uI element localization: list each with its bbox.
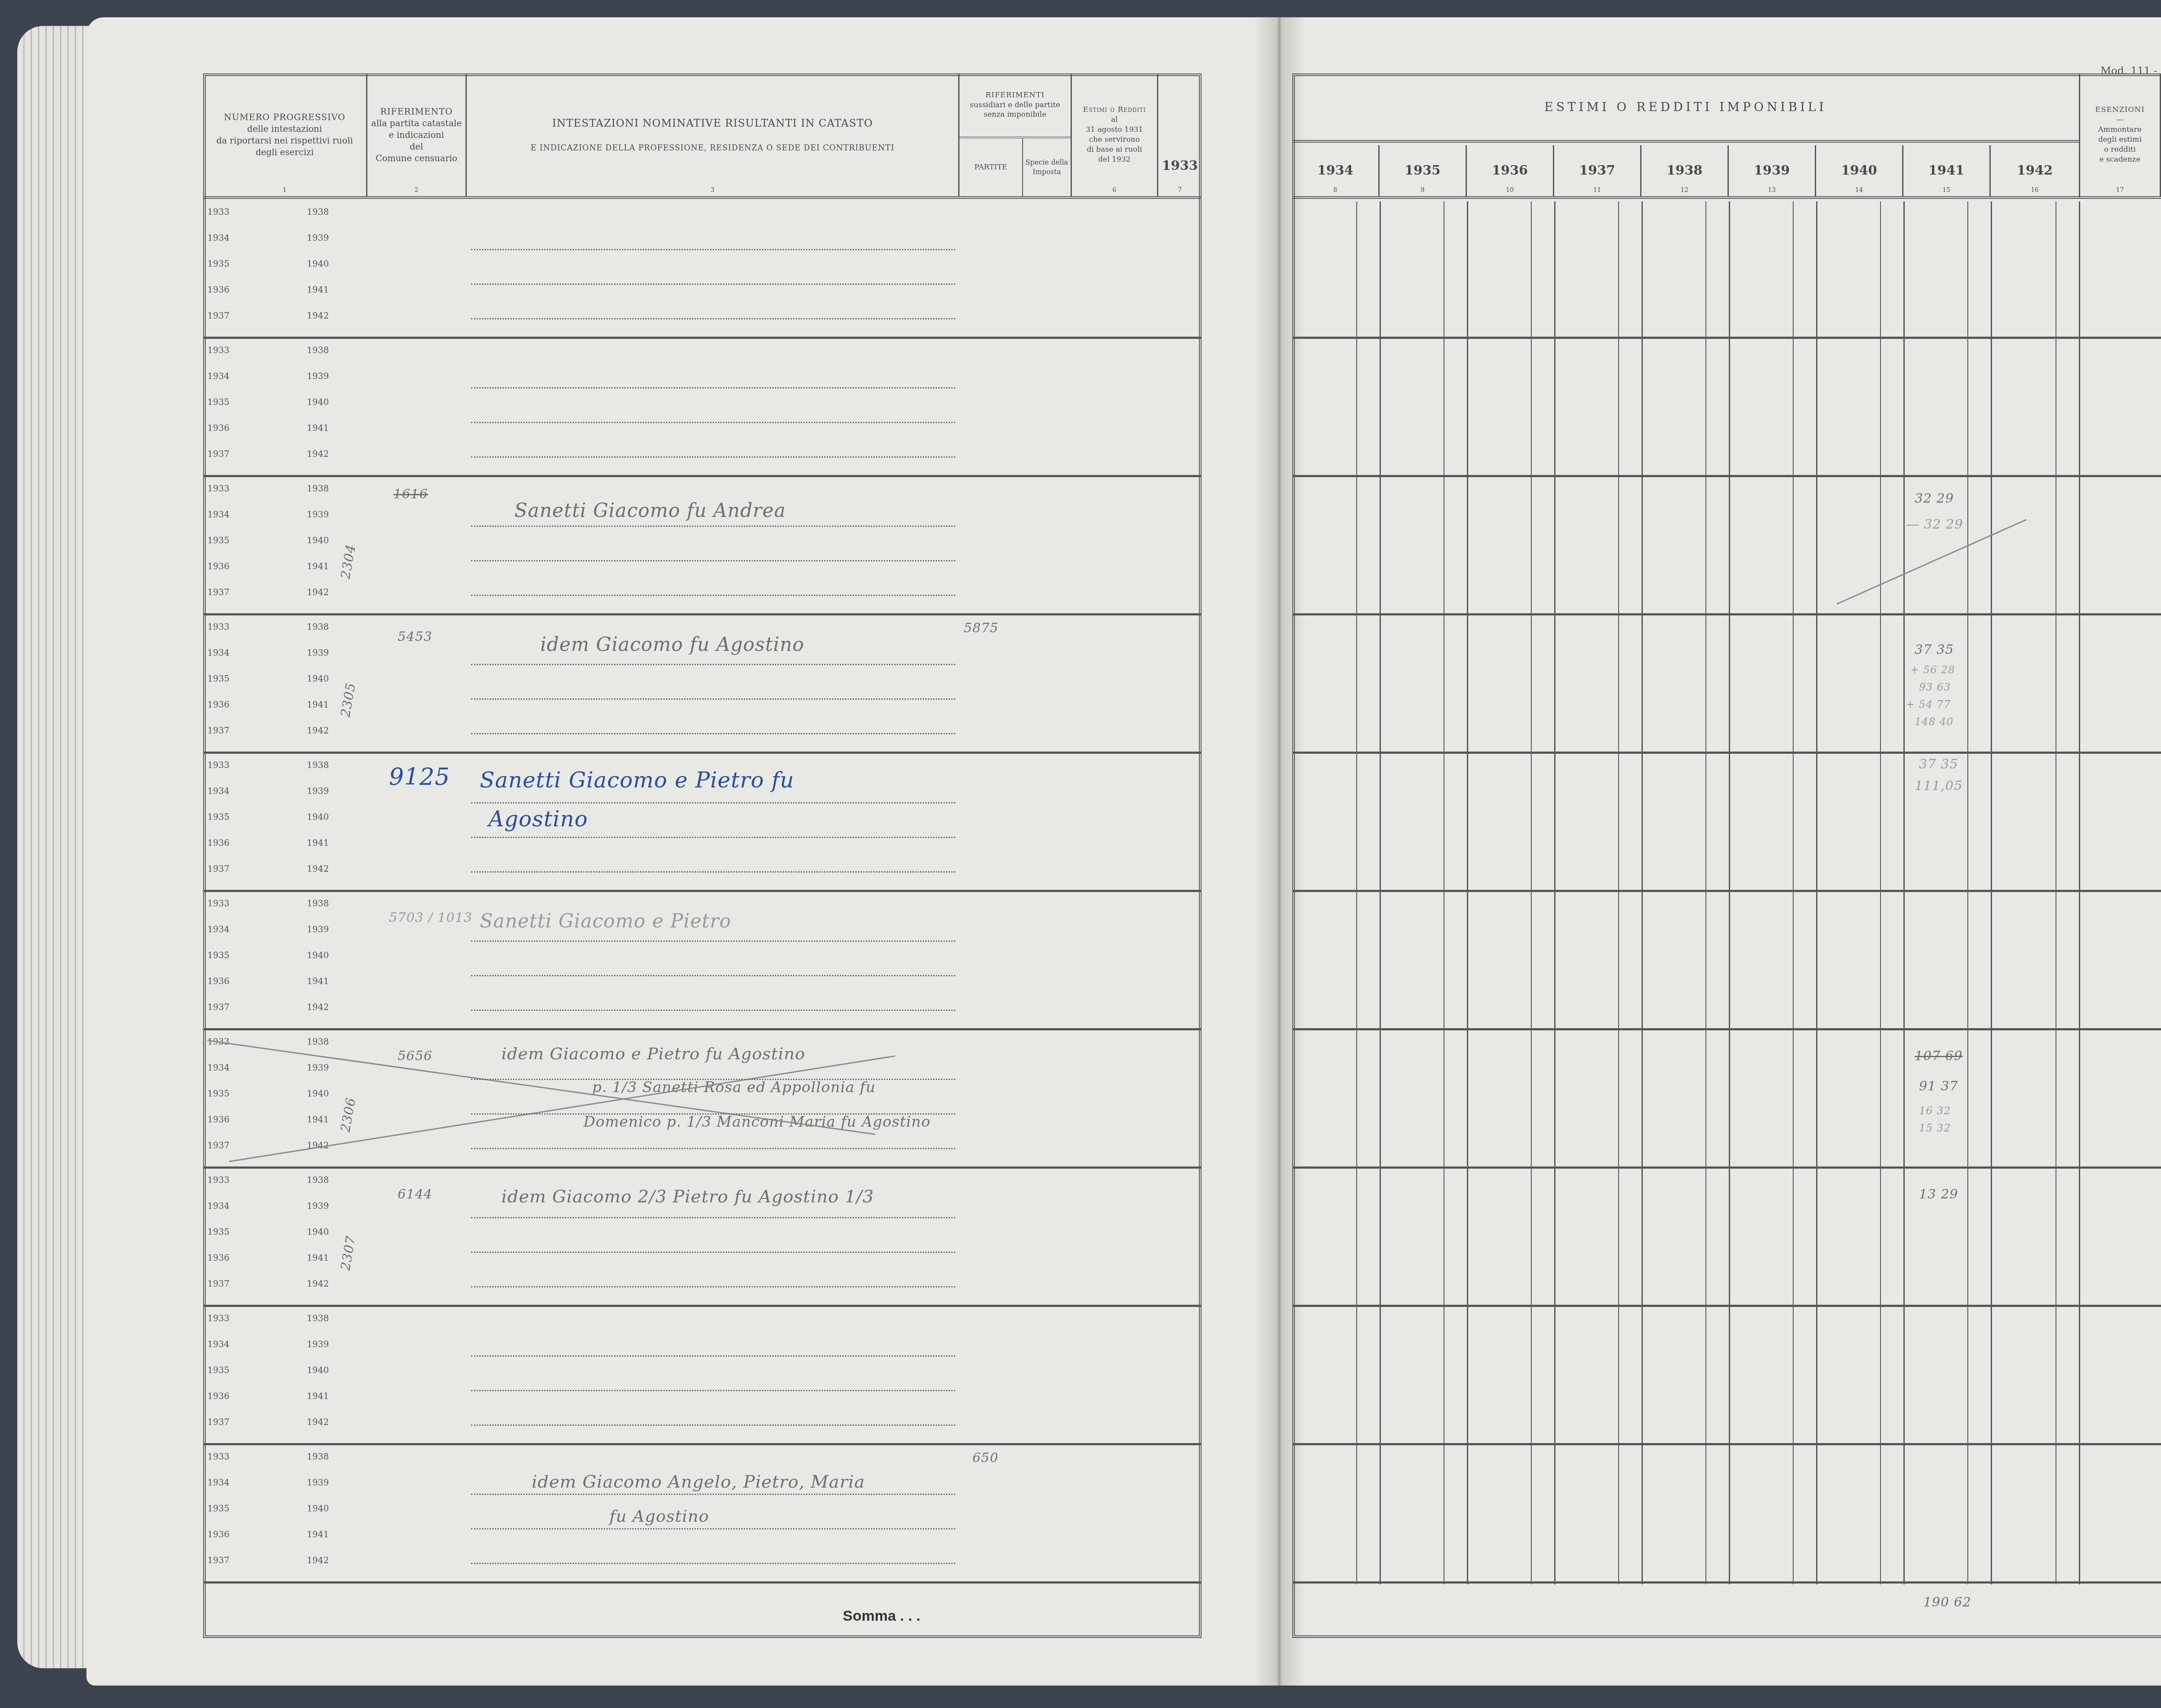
dotted-rule: [471, 698, 955, 700]
ledger-entry: 1933 1934 1935 1936 1937 1938 1939 1940 …: [203, 1446, 1202, 1584]
header-col45-sub: PARTITE Specie della Imposta: [959, 138, 1071, 196]
amount-entry: [1292, 1446, 2161, 1584]
year-label: 1938: [307, 898, 329, 908]
header-col-num: 14: [1855, 186, 1863, 194]
header-year-label: 1933: [1162, 157, 1198, 175]
header-year-label: 1940: [1841, 162, 1877, 180]
year-label: 1938: [307, 621, 329, 632]
partita-number: 5703 / 1013: [389, 910, 472, 925]
year-label: 1939: [307, 1339, 329, 1349]
dotted-rule: [471, 560, 955, 561]
ledger-entry: 1933 1934 1935 1936 1937 1938 1939 1940 …: [203, 1308, 1202, 1445]
header-col-num: 12: [1681, 186, 1689, 194]
header-col-num: 16: [2031, 186, 2039, 194]
header-year-1940: 194014: [1816, 145, 1903, 196]
amount-entry: [1292, 1308, 2161, 1445]
calc-line: 15 32: [1919, 1122, 1951, 1134]
header-esenzioni-dash: —: [2116, 115, 2124, 125]
year-label: 1939: [307, 371, 329, 381]
intestazione-name: Sanetti Giacomo e Pietro fu: [480, 768, 794, 793]
year-label: 1939: [307, 647, 329, 658]
year-label: 1938: [307, 1451, 329, 1462]
header-col45-line: senza imponibile: [959, 110, 1071, 120]
dotted-rule: [471, 1010, 955, 1011]
header-partite: PARTITE: [959, 138, 1023, 196]
year-label: 1936: [207, 1529, 229, 1539]
year-label: 1941: [307, 1252, 329, 1263]
year-label: 1934: [207, 647, 229, 658]
header-col1-line: da riportarsi nei rispettivi ruoli: [216, 135, 353, 147]
year-label: 1934: [207, 1062, 229, 1073]
year-label: 1939: [307, 233, 329, 243]
intestazione-name: idem Giacomo Angelo, Pietro, Maria: [532, 1472, 865, 1492]
header-year-label: 1941: [1928, 162, 1965, 180]
header-intestazioni: INTESTAZIONI NOMINATIVE RISULTANTI IN CA…: [467, 73, 959, 196]
year-label: 1940: [307, 1365, 329, 1375]
header-col6-line: che servirono: [1089, 135, 1140, 145]
partita-number: 5656: [398, 1048, 432, 1064]
amount-entry: 107 69 91 37 16 32 15 32: [1292, 1031, 2161, 1169]
year-label: 1938: [307, 207, 329, 217]
header-year-1939: 193913: [1729, 145, 1816, 196]
ledger-entry: 1933 1934 1935 1936 1937 1938 1939 1940 …: [203, 478, 1202, 615]
calc-line: 37 35: [1919, 757, 1958, 772]
intestazione-name: idem Giacomo fu Agostino: [540, 634, 804, 656]
year-label: 1933: [207, 483, 229, 494]
dotted-rule: [471, 802, 955, 803]
year-label: 1940: [307, 1088, 329, 1099]
year-label: 1933: [207, 345, 229, 355]
year-label: 1934: [207, 509, 229, 519]
year-label: 1941: [307, 976, 329, 986]
year-label: 1935: [207, 1503, 229, 1514]
year-label: 1935: [207, 673, 229, 684]
header-col6-num: 6: [1112, 186, 1116, 194]
year-label: 1934: [207, 786, 229, 796]
year-label: 1939: [307, 1062, 329, 1073]
calc-line: 111,05: [1915, 778, 1963, 793]
year-label: 1942: [307, 1555, 329, 1565]
year-label: 1934: [207, 233, 229, 243]
amount-entry: 37 35 + 56 28 93 63 + 54 77 148 40 352: [1292, 616, 2161, 754]
ref-margin-number: 2304: [338, 543, 359, 580]
header-col2-title: RIFERIMENTO: [380, 106, 453, 118]
year-label: 1941: [307, 284, 329, 295]
year-label: 1938: [307, 760, 329, 770]
dotted-rule: [471, 387, 955, 389]
year-label: 1938: [307, 345, 329, 355]
amount-entry: [1292, 893, 2161, 1030]
partita-number: 5453: [398, 629, 432, 644]
estimi-header: ESTIMI O REDDITI IMPONIBILI 19348 19359 …: [1292, 73, 2079, 199]
dotted-rule: [471, 1355, 955, 1357]
year-label: 1942: [307, 864, 329, 874]
intestazione-name: Sanetti Giacomo fu Andrea: [514, 500, 786, 522]
year-label: 1939: [307, 1201, 329, 1211]
riferimenti-partita: 5875: [964, 621, 998, 636]
dotted-rule: [471, 837, 955, 838]
somma-total-1941: 190 62: [1923, 1595, 1971, 1610]
header-year-1941: 194115: [1903, 145, 1991, 196]
year-label: 1939: [307, 924, 329, 934]
dotted-rule: [471, 526, 955, 527]
year-label: 1933: [207, 1313, 229, 1323]
year-label: 1935: [207, 397, 229, 407]
year-label: 1936: [207, 423, 229, 433]
year-label: 1937: [207, 1002, 229, 1012]
header-col-num: 11: [1594, 186, 1601, 194]
header-col2-line: Comune censuario: [376, 153, 457, 164]
dotted-rule: [471, 871, 955, 873]
header-year-label: 1939: [1754, 162, 1790, 180]
year-label: 1941: [307, 838, 329, 848]
header-year-1942: 194216: [1991, 145, 2079, 196]
right-entries: 32 29 — 32 29 37 35 + 56 28 93 63 + 54 7…: [1292, 201, 2161, 1584]
year-label: 1940: [307, 535, 329, 545]
header-col45-line: sussidiari e delle partite: [959, 100, 1071, 110]
dotted-rule: [471, 664, 955, 665]
year-label: 1935: [207, 1365, 229, 1375]
ledger-entry: 1933 1934 1935 1936 1937 1938 1939 1940 …: [203, 201, 1202, 339]
year-label: 1937: [207, 864, 229, 874]
dotted-rule: [471, 1113, 955, 1115]
dotted-rule: [471, 940, 955, 942]
header-col2-line: e indicazioni: [389, 129, 444, 141]
ref-margin-number: 2307: [338, 1235, 359, 1271]
year-label: 1940: [307, 1227, 329, 1237]
year-label: 1933: [207, 760, 229, 770]
calc-line: 16 32: [1919, 1105, 1951, 1117]
intestazione-name-line2: Agostino: [488, 806, 588, 832]
header-col-num: 8: [1333, 186, 1337, 194]
amount-1941-correction: — 32 29: [1906, 517, 1963, 532]
year-label: 1937: [207, 587, 229, 597]
year-label: 1942: [307, 725, 329, 736]
header-esenzioni-line: e scadenze: [2100, 155, 2141, 165]
ledger-entry: 1933 1934 1935 1936 1937 1938 1939 1940 …: [203, 1169, 1202, 1307]
ledger-entry: 1933 1934 1935 1936 1937 1938 1939 1940 …: [203, 755, 1202, 892]
intestazione-name: idem Giacomo 2/3 Pietro fu Agostino 1/3: [501, 1187, 874, 1207]
year-label: 1935: [207, 258, 229, 269]
header-col6-line: del 1932: [1098, 155, 1131, 165]
header-esenzioni-line: degli estimi: [2098, 135, 2142, 145]
partita-number: 1616: [393, 487, 428, 502]
left-ledger: NUMERO PROGRESSIVO delle intestazioni da…: [203, 73, 1202, 1638]
dotted-rule: [471, 1528, 955, 1530]
year-label: 1939: [307, 786, 329, 796]
year-label: 1940: [307, 673, 329, 684]
dotted-rule: [471, 249, 955, 250]
header-year-1933: 1933 7: [1158, 73, 1202, 196]
header-col3-title: INTESTAZIONI NOMINATIVE RISULTANTI IN CA…: [552, 116, 873, 130]
year-header-row: 19348 19359 193610 193711 193812 193913 …: [1292, 145, 2079, 196]
year-label: 1941: [307, 561, 329, 571]
amount-1941: 107 69: [1915, 1048, 1963, 1064]
year-label: 1942: [307, 587, 329, 597]
amount-1941: 13 29: [1919, 1187, 1958, 1202]
dotted-rule: [471, 1148, 955, 1149]
ref-margin-number: 2305: [338, 682, 359, 718]
partita-number: 9125: [389, 763, 450, 790]
dotted-rule: [471, 733, 955, 734]
year-label: 1936: [207, 1114, 229, 1125]
partita-number: 6144: [398, 1187, 432, 1202]
calc-line: 91 37: [1919, 1079, 1958, 1094]
header-year-1936: 193610: [1467, 145, 1554, 196]
ref-margin-number: 2306: [338, 1096, 359, 1133]
header-col6-line: di base ai ruoli: [1087, 145, 1142, 155]
dotted-rule: [471, 595, 955, 596]
year-label: 1940: [307, 397, 329, 407]
year-label: 1936: [207, 699, 229, 710]
amount-entry: 37 35 111,05: [1292, 755, 2161, 892]
year-label: 1942: [307, 1417, 329, 1427]
year-label: 1934: [207, 924, 229, 934]
year-label: 1934: [207, 371, 229, 381]
year-label: 1942: [307, 1002, 329, 1012]
header-year-label: 1942: [2017, 162, 2053, 180]
intestazione-name: Sanetti Giacomo e Pietro: [480, 910, 731, 932]
year-label: 1936: [207, 561, 229, 571]
amount-1941: 37 35: [1915, 642, 1954, 657]
year-label: 1935: [207, 812, 229, 822]
header-col3-num: 3: [711, 186, 714, 194]
dotted-rule: [471, 284, 955, 285]
year-label: 1941: [307, 1529, 329, 1539]
year-label: 1938: [307, 483, 329, 494]
header-col2-line: del: [410, 141, 423, 153]
year-label: 1940: [307, 258, 329, 269]
dotted-rule: [471, 1252, 955, 1253]
dotted-rule: [471, 975, 955, 976]
year-label: 1936: [207, 1252, 229, 1263]
right-ledger: ESTIMI O REDDITI IMPONIBILI 19348 19359 …: [1292, 73, 2161, 1638]
year-label: 1937: [207, 1555, 229, 1565]
amount-entry: [1292, 201, 2161, 339]
ledger-entry: 1933 1934 1935 1936 1937 1938 1939 1940 …: [203, 616, 1202, 754]
dotted-rule: [471, 1390, 955, 1391]
header-year-1935: 19359: [1380, 145, 1467, 196]
header-estimi-1931: Estimi o Redditi al 31 agosto 1931 che s…: [1072, 73, 1158, 196]
header-col6-title: Estimi o Redditi: [1083, 105, 1146, 115]
dotted-rule: [471, 1563, 955, 1564]
amount-entry: 13 29 355: [1292, 1169, 2161, 1307]
amount-entry: 32 29 — 32 29: [1292, 478, 2161, 615]
header-col-num: 15: [1943, 186, 1951, 194]
year-label: 1937: [207, 449, 229, 459]
dotted-rule: [471, 318, 955, 319]
year-label: 1933: [207, 621, 229, 632]
calc-line: + 54 77: [1906, 698, 1951, 711]
header-year-label: 1934: [1317, 162, 1354, 180]
header-col-num: 13: [1768, 186, 1776, 194]
year-label: 1933: [207, 1451, 229, 1462]
year-label: 1934: [207, 1339, 229, 1349]
amount-entry: [1292, 340, 2161, 477]
header-year-label: 1935: [1405, 162, 1441, 180]
estimi-group-title: ESTIMI O REDDITI IMPONIBILI: [1292, 73, 2079, 143]
header-col-num: 10: [1506, 186, 1514, 194]
header-year-label: 1938: [1667, 162, 1703, 180]
calc-line: 148 40: [1915, 716, 1954, 728]
year-label: 1937: [207, 1278, 229, 1289]
intestazione-name: idem Giacomo e Pietro fu Agostino: [501, 1044, 805, 1063]
year-label: 1936: [207, 284, 229, 295]
year-label: 1941: [307, 1391, 329, 1401]
year-label: 1938: [307, 1036, 329, 1047]
year-label: 1936: [207, 1391, 229, 1401]
header-year-1937: 193711: [1554, 145, 1641, 196]
year-label: 1942: [307, 310, 329, 321]
year-label: 1938: [307, 1313, 329, 1323]
year-label: 1940: [307, 950, 329, 960]
dotted-rule: [471, 1424, 955, 1426]
year-label: 1935: [207, 950, 229, 960]
year-label: 1933: [207, 898, 229, 908]
year-label: 1937: [207, 1140, 229, 1150]
year-label: 1935: [207, 535, 229, 545]
ledger-entry: 1933 1934 1935 1936 1937 1938 1939 1940 …: [203, 340, 1202, 477]
header-col2-num: 2: [414, 186, 418, 194]
header-col1-line: degli esercizi: [255, 147, 314, 158]
year-label: 1933: [207, 207, 229, 217]
header-col1-line: delle intestazioni: [247, 123, 322, 135]
dotted-rule: [471, 422, 955, 423]
header-riferimento: RIFERIMENTO alla partita catastale e ind…: [367, 73, 467, 196]
year-label: 1942: [307, 449, 329, 459]
dotted-rule: [471, 1079, 955, 1080]
header-year-1938: 193812: [1641, 145, 1729, 196]
calc-line: 93 63: [1919, 681, 1951, 693]
year-label: 1941: [307, 699, 329, 710]
header-col45-top: RIFERIMENTI sussidiari e delle partite s…: [959, 73, 1071, 138]
intestazione-name-line2: fu Agostino: [609, 1507, 709, 1526]
header-esenzioni-cell: ESENZIONI — Ammontare degli estimi o red…: [2080, 73, 2161, 196]
dotted-rule: [471, 456, 955, 458]
year-label: 1939: [307, 1477, 329, 1488]
header-numero-progressivo: NUMERO PROGRESSIVO delle intestazioni da…: [203, 73, 367, 196]
header-year-1934: 19348: [1292, 145, 1380, 196]
year-label: 1941: [307, 1114, 329, 1125]
header-col7-num: 7: [1178, 186, 1182, 194]
header-riferimenti-sussidiari: RIFERIMENTI sussidiari e delle partite s…: [959, 73, 1072, 196]
year-label: 1934: [207, 1477, 229, 1488]
somma-label: Somma . . .: [843, 1608, 921, 1625]
header-year-label: 1936: [1492, 162, 1528, 180]
year-label: 1936: [207, 838, 229, 848]
ledger-entry: 1933 1934 1935 1936 1937 1938 1939 1940 …: [203, 1031, 1202, 1169]
year-label: 1935: [207, 1227, 229, 1237]
year-label: 1941: [307, 423, 329, 433]
year-label: 1942: [307, 1278, 329, 1289]
left-header-row: NUMERO PROGRESSIVO delle intestazioni da…: [203, 73, 1202, 199]
year-label: 1937: [207, 1417, 229, 1427]
ledger-entry: 1933 1934 1935 1936 1937 1938 1939 1940 …: [203, 893, 1202, 1030]
year-label: 1940: [307, 812, 329, 822]
year-label: 1937: [207, 310, 229, 321]
year-label: 1938: [307, 1175, 329, 1185]
year-label: 1939: [307, 509, 329, 519]
year-label: 1935: [207, 1088, 229, 1099]
calc-line: + 56 28: [1910, 664, 1955, 676]
year-label: 1933: [207, 1175, 229, 1185]
header-col1-num: 1: [283, 186, 287, 194]
dotted-rule: [471, 1286, 955, 1287]
header-esenzioni-line: o redditi: [2104, 145, 2136, 155]
year-label: 1937: [207, 725, 229, 736]
header-esenzioni-line: Ammontare: [2098, 125, 2142, 135]
dotted-rule: [471, 1494, 955, 1495]
year-label: 1936: [207, 976, 229, 986]
header-col45-title: RIFERIMENTI: [959, 90, 1071, 100]
header-specie-imposta: Specie della Imposta: [1023, 138, 1071, 196]
header-col6-line: 31 agosto 1931: [1086, 125, 1143, 135]
intestazione-name-line3: Domenico p. 1/3 Manconi Maria fu Agostin…: [583, 1113, 931, 1131]
riferimenti-partita: 650: [972, 1450, 998, 1466]
header-col2-line: alla partita catastale: [371, 118, 462, 129]
header-col-num: 17: [2116, 186, 2124, 194]
header-esenzioni: ESENZIONI — Ammontare degli estimi o red…: [2079, 73, 2161, 199]
header-col1-title: NUMERO PROGRESSIVO: [224, 112, 345, 123]
header-col6-line: al: [1111, 115, 1118, 125]
year-label: 1934: [207, 1201, 229, 1211]
header-year-label: 1937: [1579, 162, 1616, 180]
header-col-num: 9: [1421, 186, 1425, 194]
dotted-rule: [471, 1217, 955, 1218]
header-esenzioni-title: ESENZIONI: [2095, 105, 2145, 115]
year-label: 1940: [307, 1503, 329, 1514]
strike-through-line: [229, 1055, 895, 1162]
header-col3-subtitle: E INDICAZIONE DELLA PROFESSIONE, RESIDEN…: [531, 143, 895, 153]
amount-1941: 32 29: [1915, 491, 1954, 506]
